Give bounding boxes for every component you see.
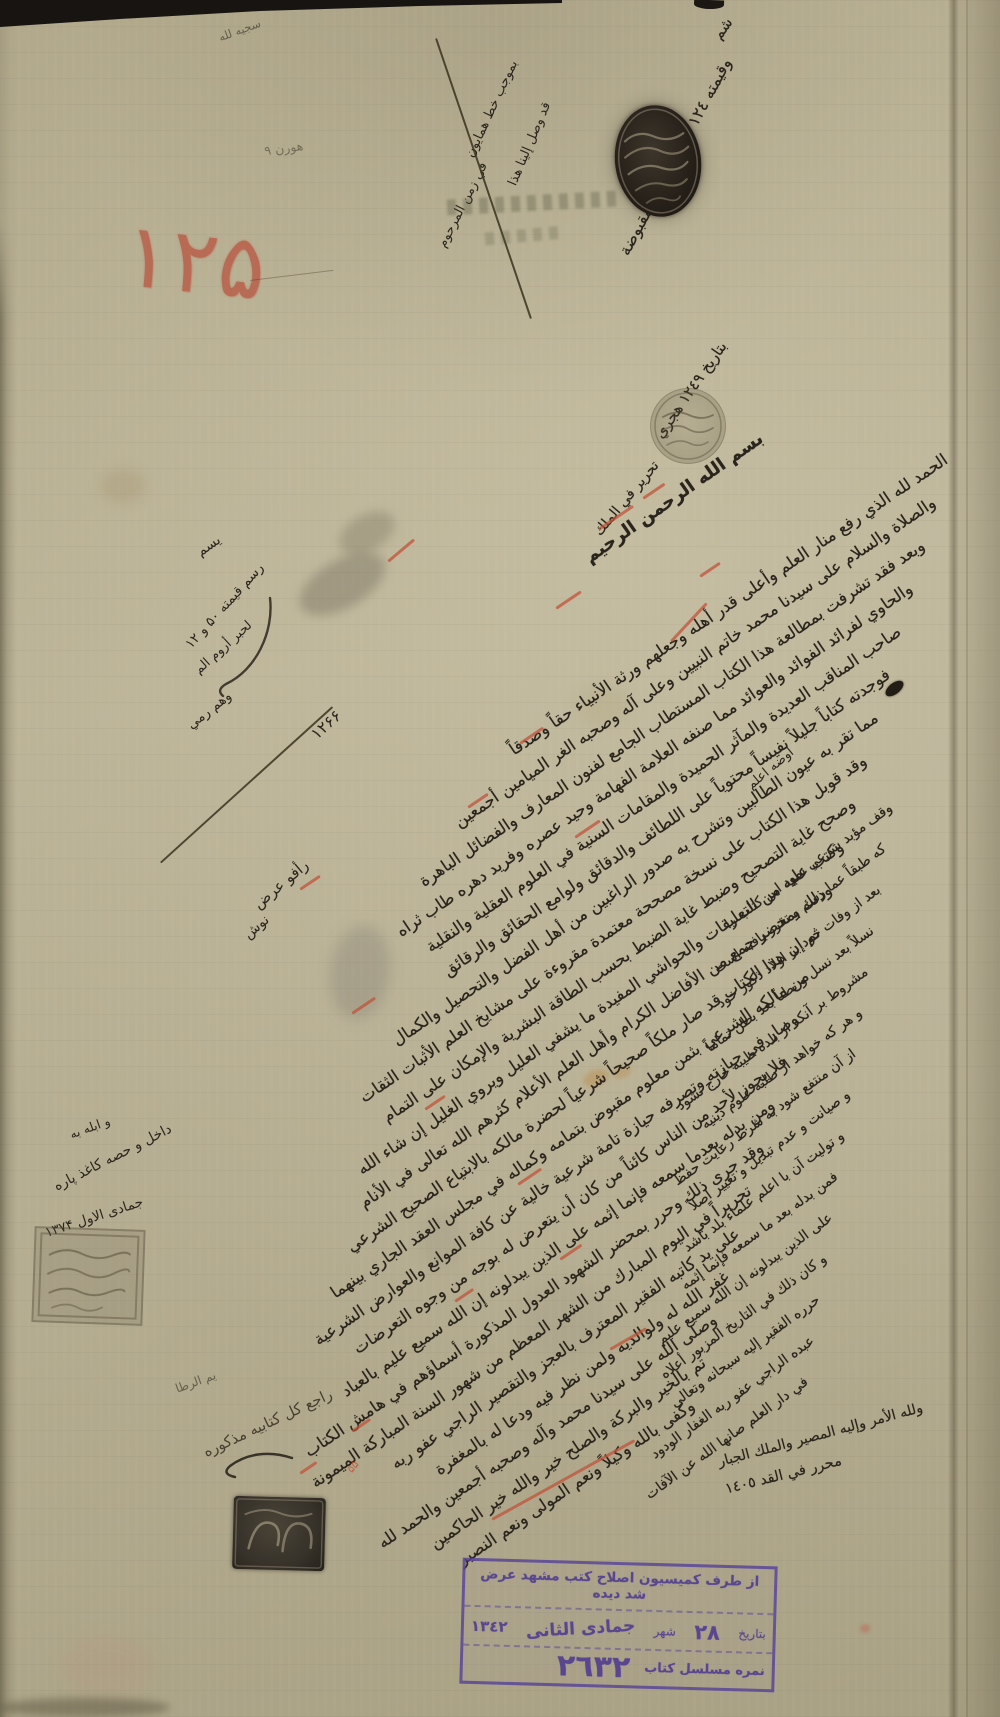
stamp-serial-row: نمره مسلسل كتاب ٢٦٣٢ [462, 1644, 772, 1690]
stamp-date-label: بتاريخ [738, 1626, 766, 1641]
review-flourish [218, 1448, 298, 1482]
paper-stain [60, 1635, 155, 1695]
margin-flourish-loop [218, 592, 278, 702]
stamp-serial-label: نمره مسلسل كتاب [644, 1661, 765, 1679]
dark-square-seal [232, 1496, 326, 1571]
binding-edge-left [0, 0, 16, 1717]
library-accession-stamp: از طرف كميسيون اصلاح كتب مشهد عرض شد ديد… [459, 1558, 777, 1693]
paper-stain [860, 1624, 870, 1633]
stamp-month: جمادى الثانى [525, 1615, 635, 1641]
folio-number-red: ۱۲۵ [120, 211, 270, 313]
faded-square-seal [31, 1226, 145, 1326]
paper-stain [100, 468, 146, 504]
manuscript-scan: ۱۲۵ سجيه لله هورن ٩ شم وقيمته ١٢٤ غرشاً … [0, 0, 1000, 1717]
stamp-serial-number: ٢٦٣٢ [556, 1648, 630, 1685]
stamp-day: ٢٨ [694, 1620, 720, 1645]
page-fold-right [948, 0, 1000, 1717]
stamp-year: ١٣٤٢ [471, 1616, 508, 1635]
paper-stain [0, 1698, 170, 1717]
faded-round-seal [650, 388, 726, 464]
stamp-month-word: شهر [653, 1623, 676, 1638]
black-oval-seal [608, 100, 709, 223]
